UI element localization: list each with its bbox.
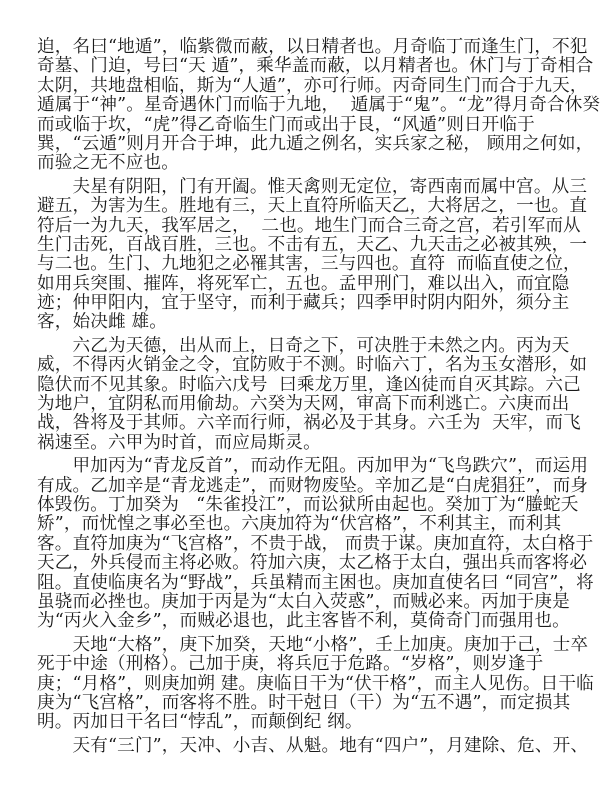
text-line: 而或临于坎，“虎”得乙奇临生门而或出于艮，“风遁”则日开临于 [37,116,600,135]
text-line: 而验之无不应也。 [37,154,600,173]
text-line: 天地“大格”，庚下加癸，天地“小格”，壬上加庚。庚加于己，士卒 [37,636,600,655]
text-line: 六乙为天德，出从而上，日奇之下，可决胜于未然之内。丙为天 [37,337,600,356]
text-line: 为地户，宜阴私而用偷劫。六癸为天网，审高下而利逃亡。六庚而出 [37,395,600,414]
text-line: 避五，为害为生。胜地有三，天上直符所临天乙，大将居之，一也。直 [37,197,600,216]
text-line: 战，咎将及于其师。六辛而行师，祸必及于其身。六壬为 天牢，而飞 [37,414,600,433]
paragraph-six-yi: 六乙为天德，出从而上，日奇之下，可决胜于未然之内。丙为天 威，不得丙火销金之令，… [37,337,600,453]
text-line: 为“丙火入金乡”，而贼必退也，此主客皆不利，莫倚奇门而强用也。 [37,612,600,631]
paragraph-tiandi-dage: 天地“大格”，庚下加癸，天地“小格”，壬上加庚。庚加于己，士卒 死于中途（刑格）… [37,636,600,733]
text-line: 迫，名曰“地遁”，临紫微而蔽，以日精者也。月奇临丁而逢生门，不犯 [37,38,600,57]
text-line: 甲加丙为“青龙反首”，而动作无阻。丙加甲为“飞鸟跌穴”，而运用 [37,457,600,476]
text-line: 生门击死，百战百胜，三也。不击有五，天乙、九天击之必被其殃，一 [37,236,600,255]
text-line: 威，不得丙火销金之令，宜防败于不测。时临六丁，名为玉女潜形，如 [37,356,600,375]
text-line: 奇墓、门迫，号曰“天 遁”，乘华盖而蔽，以月精者也。休门与丁奇相合 [37,57,600,76]
paragraph-nine-dun: 迫，名曰“地遁”，临紫微而蔽，以日精者也。月奇临丁而逢生门，不犯 奇墓、门迫，号… [37,38,600,174]
text-line: 祸速至。六甲为时首，而应局斯灵。 [37,434,600,453]
text-line: 死于中途（刑格）。己加于庚，将兵厄于危路。“岁格”，则岁逢于 [37,655,600,674]
text-line: 巽，“云遁”则月开合于坤，此九遁之例名，实兵家之秘， 顾用之何如， [37,135,600,154]
text-line: 太阴，共地盘相临，斯为“人遁”，亦可行师。丙奇同生门而合于九天， [37,77,600,96]
text-line: 庚；“月格”，则庚加朔 建。庚临日干为“伏干格”，而主人见伤。日干临 [37,675,600,694]
text-line: 阻。直使临庚名为“野战”，兵虽精而主困也。庚加直使名曰 “同宫”，将 [37,574,600,593]
text-line: 矫”，而忧惶之事必至也。六庚加符为“伏宫格”，不利其主，而利其 [37,515,600,534]
text-line: 遁属于“神”。星奇遇休门而临于九地， 遁属于“鬼”。“龙”得月奇合休癸 [37,96,600,115]
text-line: 庚为“飞宫格”，而客将不胜。时干尅日（干）为“五不遇”，而定损其 [37,694,600,713]
text-line: 符后一为九天，我军居之， 二也。地生门而合三奇之宫，若引军而从 [37,217,600,236]
text-line: 天乙，外兵侵而主将必败。符加六庚，太乙格于太白，强出兵而客将必 [37,554,600,573]
paragraph-stars-yin-yang: 夫星有阴阳，门有开阖。惟天禽则无定位，寄西南而属中宫。从三 避五，为害为生。胜地… [37,178,600,333]
text-line: 体毁伤。丁加癸为 “朱雀投江”，而讼狱所由起也。癸加丁为“螣蛇夭 [37,496,600,515]
paragraph-jia-bing: 甲加丙为“青龙反首”，而动作无阻。丙加甲为“飞鸟跌穴”，而运用 有成。乙加辛是“… [37,457,600,632]
text-line: 如用兵突围、摧阵，将死军亡，五也。孟甲刑门，难以出入，而宜隐 [37,275,600,294]
text-line: 明。丙加日干名曰“悖乱”，而颠倒纪 纲。 [37,713,600,732]
text-line: 客。直符加庚为“飞宫格”，不贵于战， 而贵于谋。庚加直符，太白格于 [37,535,600,554]
text-line: 天有“三门”，天冲、小吉、从魁。地有“四户”，月建除、危、开、 [37,737,600,756]
text-line: 隐伏而不见其象。时临六戊号 曰乘龙万里，逢凶徒而自灭其踪。六己 [37,376,600,395]
text-line: 虽骁而必挫也。庚加于丙是为“太白入荧惑”，而贼必来。丙加于庚是 [37,593,600,612]
text-line: 夫星有阴阳，门有开阖。惟天禽则无定位，寄西南而属中宫。从三 [37,178,600,197]
text-line: 有成。乙加辛是“青龙逃走”，而财物废坠。辛加乙是“白虎猖狂”，而身 [37,477,600,496]
paragraph-three-gates: 天有“三门”，天冲、小吉、从魁。地有“四户”，月建除、危、开、 [37,737,600,756]
text-line: 迹；仲甲阳内，宜于坚守，而利于藏兵；四季甲时阴内阳外，须分主 [37,294,600,313]
text-line: 与二也。生门、九地犯之必罹其害，三与四也。直符 而临直使之位， [37,255,600,274]
document-page: 迫，名曰“地遁”，临紫微而蔽，以日精者也。月奇临丁而逢生门，不犯 奇墓、门迫，号… [37,38,600,760]
text-line: 客，始决雌 雄。 [37,313,600,332]
